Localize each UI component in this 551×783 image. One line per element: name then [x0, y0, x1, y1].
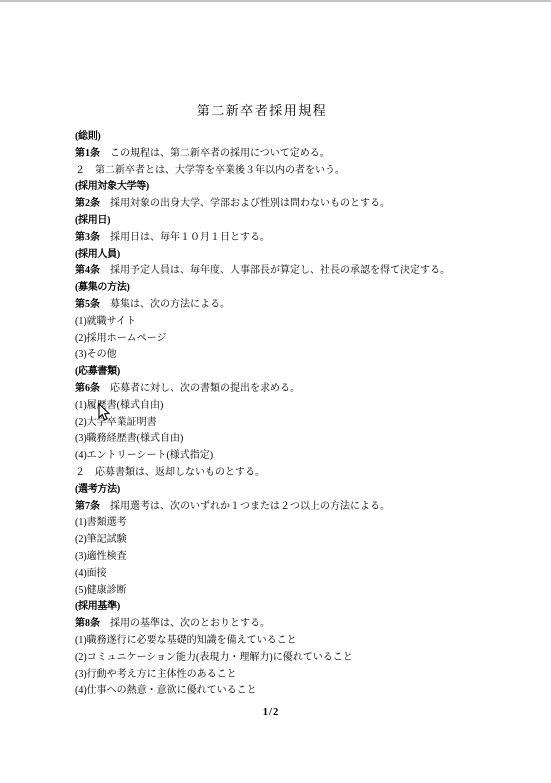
document-line: 第1条 この規程は、第二新卒者の採用について定める。	[75, 146, 545, 163]
document-line: (2)大学卒業証明書	[75, 415, 545, 432]
document-line: (3)行動や考え方に主体性のあること	[75, 667, 545, 684]
document-line: (4)エントリーシート(様式指定)	[75, 448, 545, 465]
document-line: (2)採用ホームページ	[75, 331, 545, 348]
document-line: 第4条 採用予定人員は、毎年度、人事部長が算定し、社長の承認を得て決定する。	[75, 263, 545, 280]
document-line: (応募書類)	[75, 364, 545, 381]
document-line: 第7条 採用選考は、次のいずれか１つまたは２つ以上の方法による。	[75, 499, 545, 516]
document-line: 第5条 募集は、次の方法による。	[75, 297, 545, 314]
document-line: (4)面接	[75, 566, 545, 583]
document-line: (5)健康診断	[75, 583, 545, 600]
document-line: (3)その他	[75, 347, 545, 364]
document-line: (1)履歴書(様式自由)	[75, 398, 545, 415]
document-line: (2)コミュニケーション能力(表現力・理解力)に優れていること	[75, 650, 545, 667]
document-line: (2)筆記試験	[75, 532, 545, 549]
article-number: 第7条	[75, 501, 100, 512]
document-line: (1)書類選考	[75, 515, 545, 532]
article-number: 第3条	[75, 232, 100, 243]
document-line: (採用日)	[75, 213, 545, 230]
document-line: (採用基準)	[75, 599, 545, 616]
page-top-border	[0, 0, 551, 2]
document-line: (3)職務経歴書(様式自由)	[75, 431, 545, 448]
document-line: (採用人員)	[75, 247, 545, 264]
document-line: 第8条 採用の基準は、次のとおりとする。	[75, 616, 545, 633]
document-line: (1)就職サイト	[75, 314, 545, 331]
document-line: ２ 応募書類は、返却しないものとする。	[75, 465, 545, 482]
article-number: 第2条	[75, 198, 100, 209]
document-line: (募集の方法)	[75, 280, 545, 297]
document-line: (採用対象大学等)	[75, 179, 545, 196]
document-line: 第6条 応募者に対し、次の書類の提出を求める。	[75, 381, 545, 398]
page-number: 1/2	[0, 707, 542, 718]
article-number: 第8条	[75, 618, 100, 629]
article-number: 第4条	[75, 265, 100, 276]
document-line: 第2条 採用対象の出身大学、学部および性別は問わないものとする。	[75, 196, 545, 213]
document-line: ２ 第二新卒者とは、大学等を卒業後３年以内の者をいう。	[75, 163, 545, 180]
document-body: (総則)第1条 この規程は、第二新卒者の採用について定める。２ 第二新卒者とは、…	[75, 129, 545, 700]
document-page: 第二新卒者採用規程 (総則)第1条 この規程は、第二新卒者の採用について定める。…	[0, 0, 551, 783]
document-line: (1)職務遂行に必要な基礎的知識を備えていること	[75, 633, 545, 650]
article-number: 第6条	[75, 383, 100, 394]
document-line: (選考方法)	[75, 482, 545, 499]
document-line: (4)仕事への熱意・意欲に優れていること	[75, 683, 545, 700]
document-line: (総則)	[75, 129, 545, 146]
article-number: 第5条	[75, 299, 100, 310]
document-title: 第二新卒者採用規程	[0, 100, 524, 119]
document-line: 第3条 採用日は、毎年１０月１日とする。	[75, 230, 545, 247]
document-line: (3)適性検査	[75, 549, 545, 566]
article-number: 第1条	[75, 148, 100, 159]
